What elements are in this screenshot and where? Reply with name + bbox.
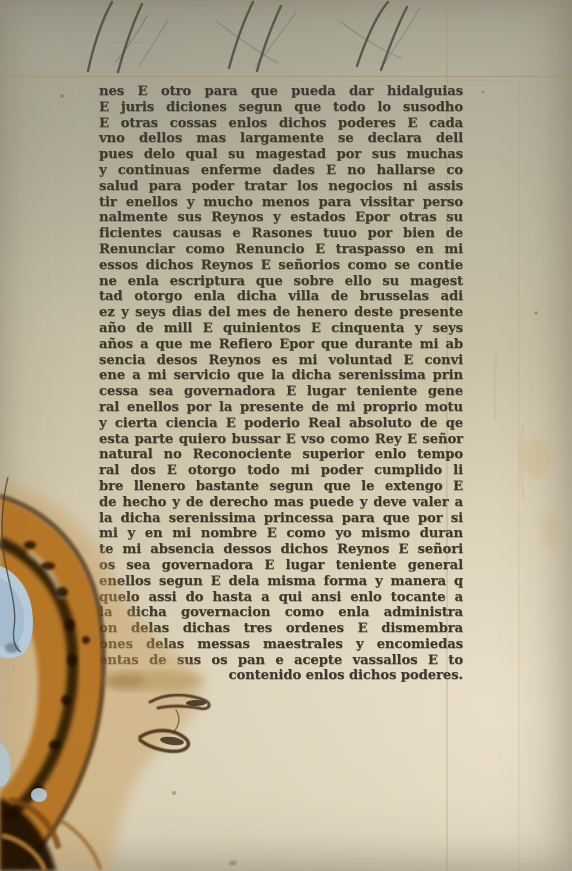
text-line: año de mill E quinientos E cinquenta y s… bbox=[99, 321, 463, 337]
burn-band bbox=[0, 498, 104, 871]
burn-crack-squiggles bbox=[140, 695, 209, 751]
manuscript-text: nes E otro para que pueda dar hidalguias… bbox=[99, 84, 463, 684]
text-line: contenido enlos dichos poderes. bbox=[99, 668, 463, 684]
text-line: vno dellos mas largamente se declara del… bbox=[99, 131, 463, 147]
text-line: bre llenero bastante segun que le exteng… bbox=[99, 479, 463, 495]
text-line: de hecho y de derecho mas puede y deve v… bbox=[99, 495, 463, 511]
text-line: pues delo qual su magestad por sus mucha… bbox=[99, 147, 463, 163]
text-line: ral dos E otorgo todo mi poder cumplido … bbox=[99, 463, 463, 479]
text-line: essos dichos Reynos E señorios como se c… bbox=[99, 258, 463, 274]
text-line: nalmente sus Reynos y estados Epor otras… bbox=[99, 210, 463, 226]
text-line: la dicha serenissima princessa para que … bbox=[99, 511, 463, 527]
text-line: y cierta ciencia E poderio Real absoluto… bbox=[99, 416, 463, 432]
text-line: enellos segun E dela misma forma y maner… bbox=[99, 574, 463, 590]
burn-hole-backing bbox=[0, 566, 47, 802]
text-line: sencia desos Reynos es mi voluntad E con… bbox=[99, 353, 463, 369]
char-outer-edge bbox=[0, 496, 103, 868]
char-inner-edge bbox=[0, 542, 73, 818]
text-line: ficientes causas e Rasones tuuo por bien… bbox=[99, 226, 463, 242]
text-line: ene a mi servicio que la dicha serenissi… bbox=[99, 368, 463, 384]
pen-flourish-group-2 bbox=[216, 2, 296, 71]
text-line: os sea governadora E lugar teniente gene… bbox=[99, 558, 463, 574]
text-line: E juris diciones segun que todo lo susod… bbox=[99, 100, 463, 116]
text-line: ones delas messas maestrales y encomieda… bbox=[99, 637, 463, 653]
text-line: ez y seys dias del mes de henero deste p… bbox=[99, 305, 463, 321]
corner-char-mass bbox=[0, 798, 56, 871]
text-line: quelo assi do hasta a qui ansi enlo toca… bbox=[99, 590, 463, 606]
burn-swirls bbox=[4, 800, 100, 868]
text-line: la dicha governacion como enla administr… bbox=[99, 605, 463, 621]
pen-flourish-group-3 bbox=[341, 2, 420, 70]
manuscript-page-photo: nes E otro para que pueda dar hidalguias… bbox=[0, 0, 572, 871]
horizontal-rule-lines bbox=[0, 9, 572, 81]
text-line: esta parte quiero bussar E vso como Rey … bbox=[99, 432, 463, 448]
text-line: cessa sea governadora E lugar teniente g… bbox=[99, 384, 463, 400]
text-line: natural no Reconociente superior enlo te… bbox=[99, 447, 463, 463]
text-line: Renunciar como Renuncio E traspasso en m… bbox=[99, 242, 463, 258]
char-highlight bbox=[28, 552, 62, 598]
text-line: años a que me Refiero Epor que durante m… bbox=[99, 337, 463, 353]
text-line: salud para poder tratar los negocios ni … bbox=[99, 179, 463, 195]
wire-crack-line bbox=[2, 477, 21, 652]
text-line: tad otorgo enla dicha villa de brusselas… bbox=[99, 289, 463, 305]
text-line: ne enla escriptura que sobre ello su mag… bbox=[99, 274, 463, 290]
text-line: E otras cossas enlos dichos poderes E ca… bbox=[99, 116, 463, 132]
text-line: on delas dichas tres ordenes E dismembra bbox=[99, 621, 463, 637]
text-line: entas de sus os pan e acepte vassallos E… bbox=[99, 653, 463, 669]
char-speckles bbox=[24, 541, 90, 795]
text-line: te mi absencia dessos dichos Reynos E se… bbox=[99, 542, 463, 558]
text-line: ral enellos por la presente de mi propri… bbox=[99, 400, 463, 416]
text-line: mi y en mi nombre E como yo mismo duran bbox=[99, 526, 463, 542]
text-line: y continuas enferme dades E no hallarse … bbox=[99, 163, 463, 179]
pen-flourish-group-1 bbox=[88, 2, 168, 72]
text-line: nes E otro para que pueda dar hidalguias bbox=[99, 84, 463, 100]
text-line: tir enellos y mucho menos para vissitar … bbox=[99, 195, 463, 211]
